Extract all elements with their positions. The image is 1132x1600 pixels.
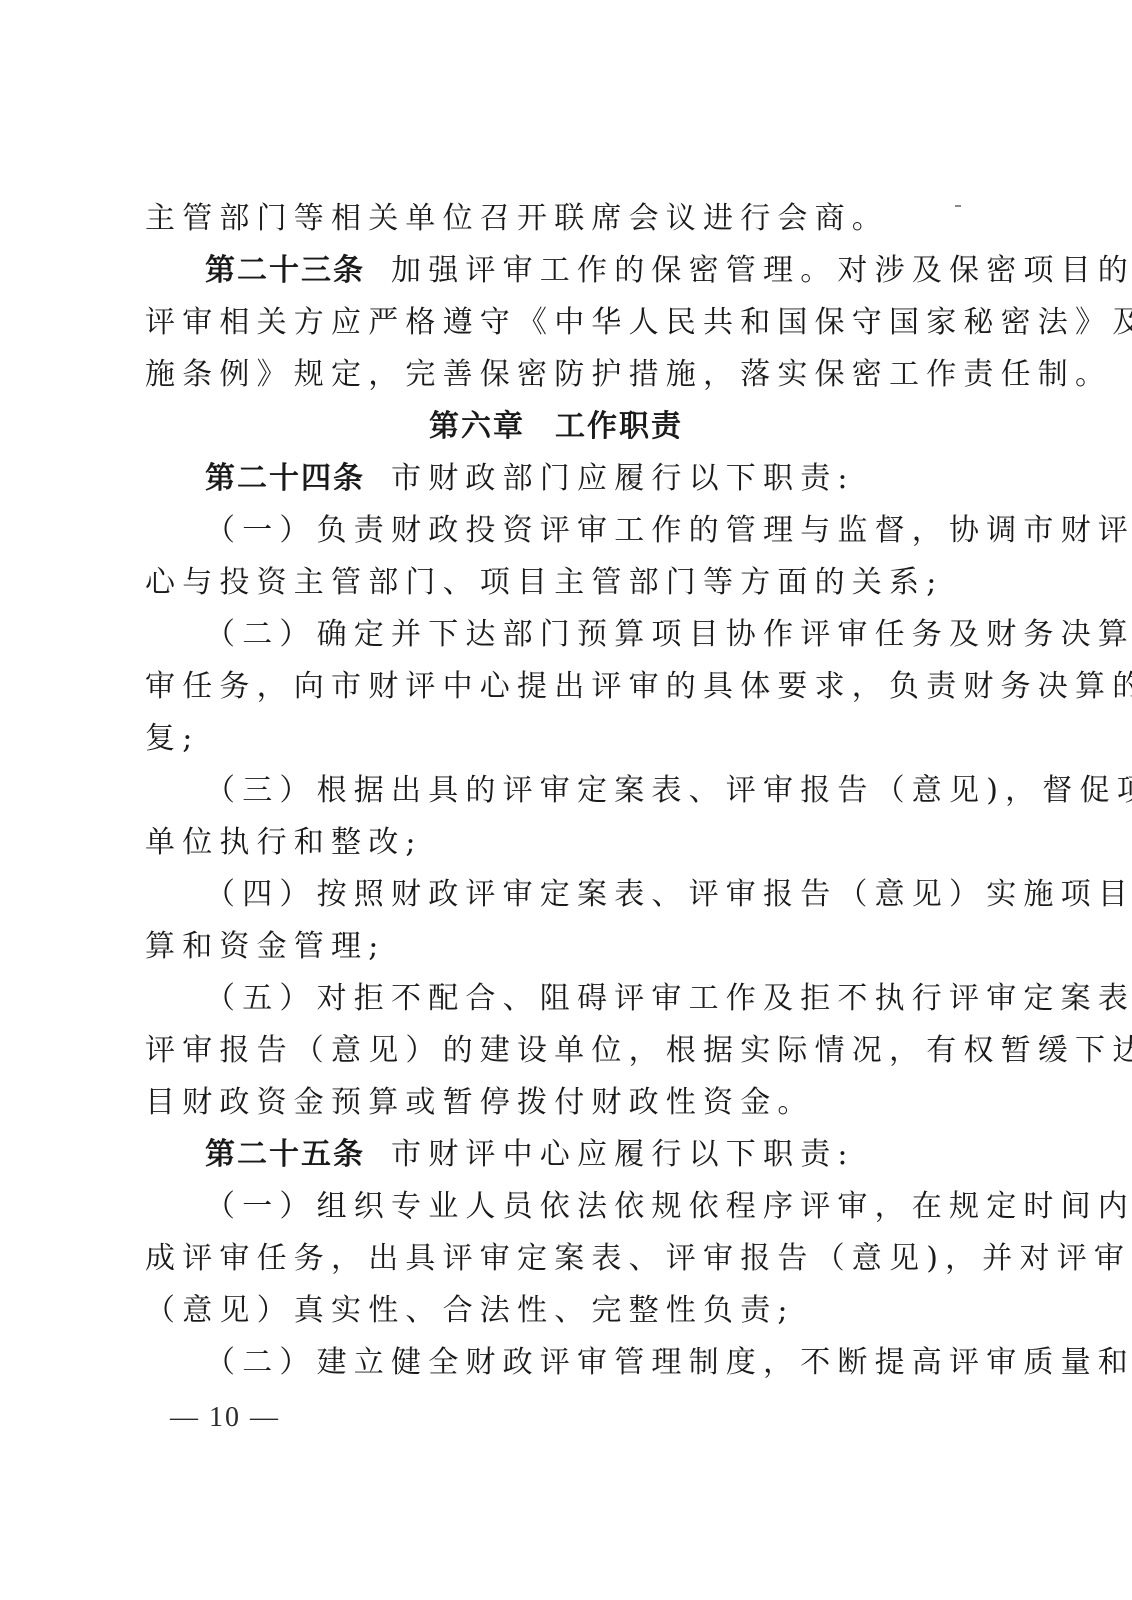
body-line: 算和资金管理; (145, 921, 967, 973)
body-line: 成评审任务，出具评审定案表、评审报告（意见)，并对评审报告 (145, 1233, 967, 1285)
body-line: 施条例》规定，完善保密防护措施，落实保密工作责任制。 (145, 349, 967, 401)
article-23: 第二十三条加强评审工作的保密管理。对涉及保密项目的， (145, 245, 967, 297)
body-line: （意见）真实性、合法性、完整性负责; (145, 1285, 967, 1337)
list-item: （五）对拒不配合、阻碍评审工作及拒不执行评审定案表、 (145, 973, 967, 1025)
article-24: 第二十四条市财政部门应履行以下职责: (145, 453, 967, 505)
list-item: （一）组织专业人员依法依规依程序评审，在规定时间内完 (145, 1181, 967, 1233)
list-item: （二）确定并下达部门预算项目协作评审任务及财务决算评 (145, 609, 967, 661)
body-line: 单位执行和整改; (145, 817, 967, 869)
article-number: 第二十三条 (205, 253, 365, 288)
list-item: （二）建立健全财政评审管理制度，不断提高评审质量和效 (145, 1337, 967, 1389)
document-body: 主管部门等相关单位召开联席会议进行会商。 第二十三条加强评审工作的保密管理。对涉… (145, 193, 967, 1389)
body-line: 主管部门等相关单位召开联席会议进行会商。 (145, 193, 967, 245)
chapter-number: 第六章 (429, 409, 525, 444)
article-number: 第二十五条 (205, 1137, 365, 1172)
body-line: 目财政资金预算或暂停拨付财政性资金。 (145, 1077, 967, 1129)
article-text: 市财政部门应履行以下职责: (391, 461, 855, 496)
article-text: 加强评审工作的保密管理。对涉及保密项目的， (391, 253, 1132, 288)
article-text: 市财评中心应履行以下职责: (391, 1137, 855, 1172)
body-line: 评审相关方应严格遵守《中华人民共和国保守国家秘密法》及《实 (145, 297, 967, 349)
chapter-title: 工作职责 (555, 409, 683, 444)
body-line: 评审报告（意见）的建设单位，根据实际情况，有权暂缓下达项 (145, 1025, 967, 1077)
article-25: 第二十五条市财评中心应履行以下职责: (145, 1129, 967, 1181)
article-number: 第二十四条 (205, 461, 365, 496)
list-item: （三）根据出具的评审定案表、评审报告（意见)，督促项目 (145, 765, 967, 817)
page-number: — 10 — (170, 1402, 280, 1434)
chapter-heading: 第六章工作职责 (145, 401, 967, 453)
list-item: （一）负责财政投资评审工作的管理与监督，协调市财评中 (145, 505, 967, 557)
body-line: 审任务，向市财评中心提出评审的具体要求，负责财务决算的批 (145, 661, 967, 713)
body-line: 复; (145, 713, 967, 765)
list-item: （四）按照财政评审定案表、评审报告（意见）实施项目预 (145, 869, 967, 921)
body-line: 心与投资主管部门、项目主管部门等方面的关系; (145, 557, 967, 609)
